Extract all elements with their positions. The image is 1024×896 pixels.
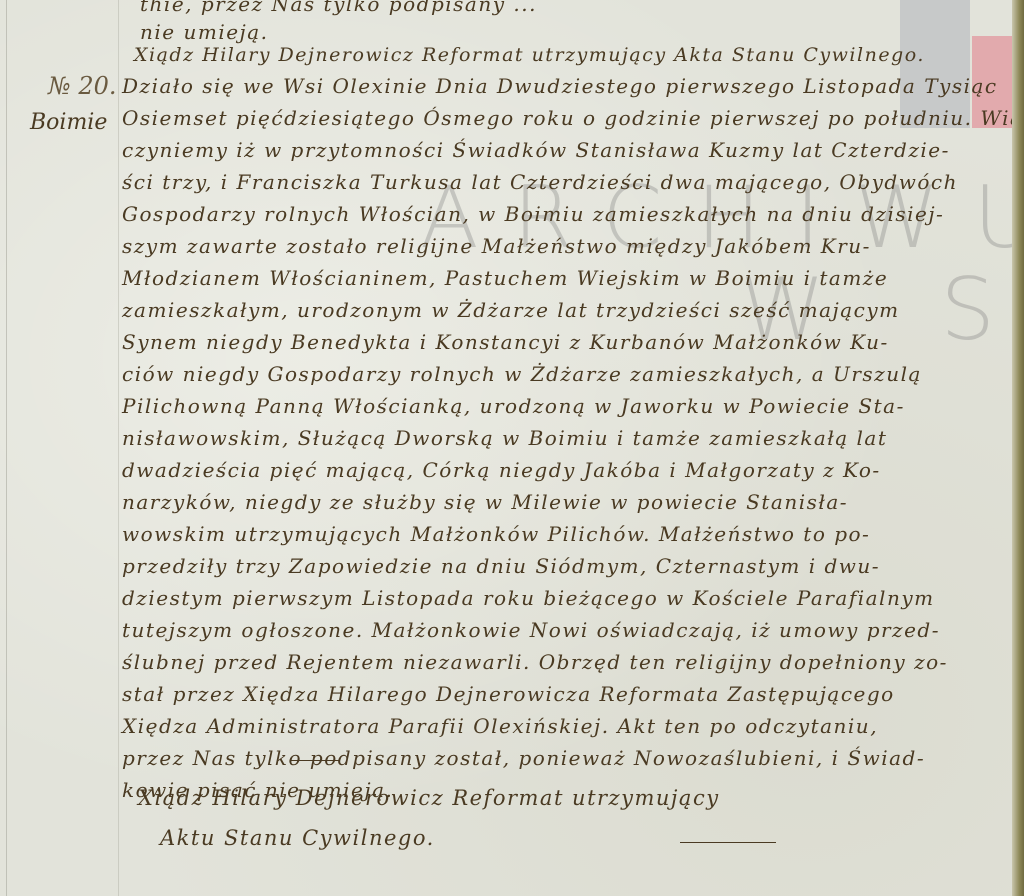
record-line: dwadzieścia pięć mającą, Córką niegdy Ja… xyxy=(122,458,881,482)
record-line: wowskim utrzymujących Małżonków Pilichów… xyxy=(122,522,870,546)
previous-entry-line: nie umieją. xyxy=(140,20,269,44)
signature-line: Xiądz Hilary Dejnerowicz Reformat utrzym… xyxy=(138,786,720,810)
record-line: dziestym pierwszym Listopada roku bieżąc… xyxy=(122,586,935,610)
record-line: szym zawarte zostało religijne Małżeństw… xyxy=(122,234,871,258)
record-line: czyniemy iż w przytomności Świadków Stan… xyxy=(122,138,950,162)
record-line: Pilichowną Panną Włościanką, urodzoną w … xyxy=(122,394,905,418)
record-line: Osiemset pięćdziesiątego Ósmego roku o g… xyxy=(122,106,1024,130)
record-line: stał przez Xiędza Hilarego Dejnerowicza … xyxy=(122,682,895,706)
record-line: Młodzianem Włościaninem, Pastuchem Wiejs… xyxy=(122,266,888,290)
record-line: tutejszym ogłoszone. Małżonkowie Nowi oś… xyxy=(122,618,940,642)
record-line: nisławowskim, Służącą Dworską w Boimiu i… xyxy=(122,426,887,450)
record-line: ślubnej przed Rejentem niezawarli. Obrzę… xyxy=(122,650,948,674)
book-binding-edge xyxy=(1012,0,1024,896)
record-line: Synem niegdy Benedykta i Konstancyi z Ku… xyxy=(122,330,889,354)
record-line: ści trzy, i Franciszka Turkusa lat Czter… xyxy=(122,170,958,194)
margin-village-name: Boimie xyxy=(30,110,107,135)
record-line: narzyków, niegdy ze służby się w Milewie… xyxy=(122,490,848,514)
previous-entry-signature: Xiądz Hilary Dejnerowicz Reformat utrzym… xyxy=(134,44,925,66)
record-line: Gospodarzy rolnych Włościan, w Boimiu za… xyxy=(122,202,944,226)
signature-line: Aktu Stanu Cywilnego. xyxy=(160,826,435,850)
record-line: ciów niegdy Gospodarzy rolnych w Żdżarze… xyxy=(122,362,922,386)
record-line: przez Nas tylko podpisany został, poniew… xyxy=(122,746,925,770)
record-line: Działo się we Wsi Olexinie Dnia Dwudzies… xyxy=(122,74,998,98)
page-edge-rule xyxy=(6,0,7,896)
entry-number: № 20. xyxy=(48,72,117,100)
margin-rule xyxy=(118,0,119,896)
signature-dash xyxy=(680,842,776,843)
record-line: Xiędza Administratora Parafii Olexińskie… xyxy=(122,714,878,738)
document-page: ARCHIWUM W SIED thie, przez Nas tylko po… xyxy=(0,0,1012,896)
previous-entry-line: thie, przez Nas tylko podpisany ... xyxy=(140,0,537,16)
record-line: zamieszkałym, urodzonym w Żdżarze lat tr… xyxy=(122,298,900,322)
closing-dash xyxy=(290,760,340,761)
record-line: przedziły trzy Zapowiedzie na dniu Siódm… xyxy=(122,554,880,578)
